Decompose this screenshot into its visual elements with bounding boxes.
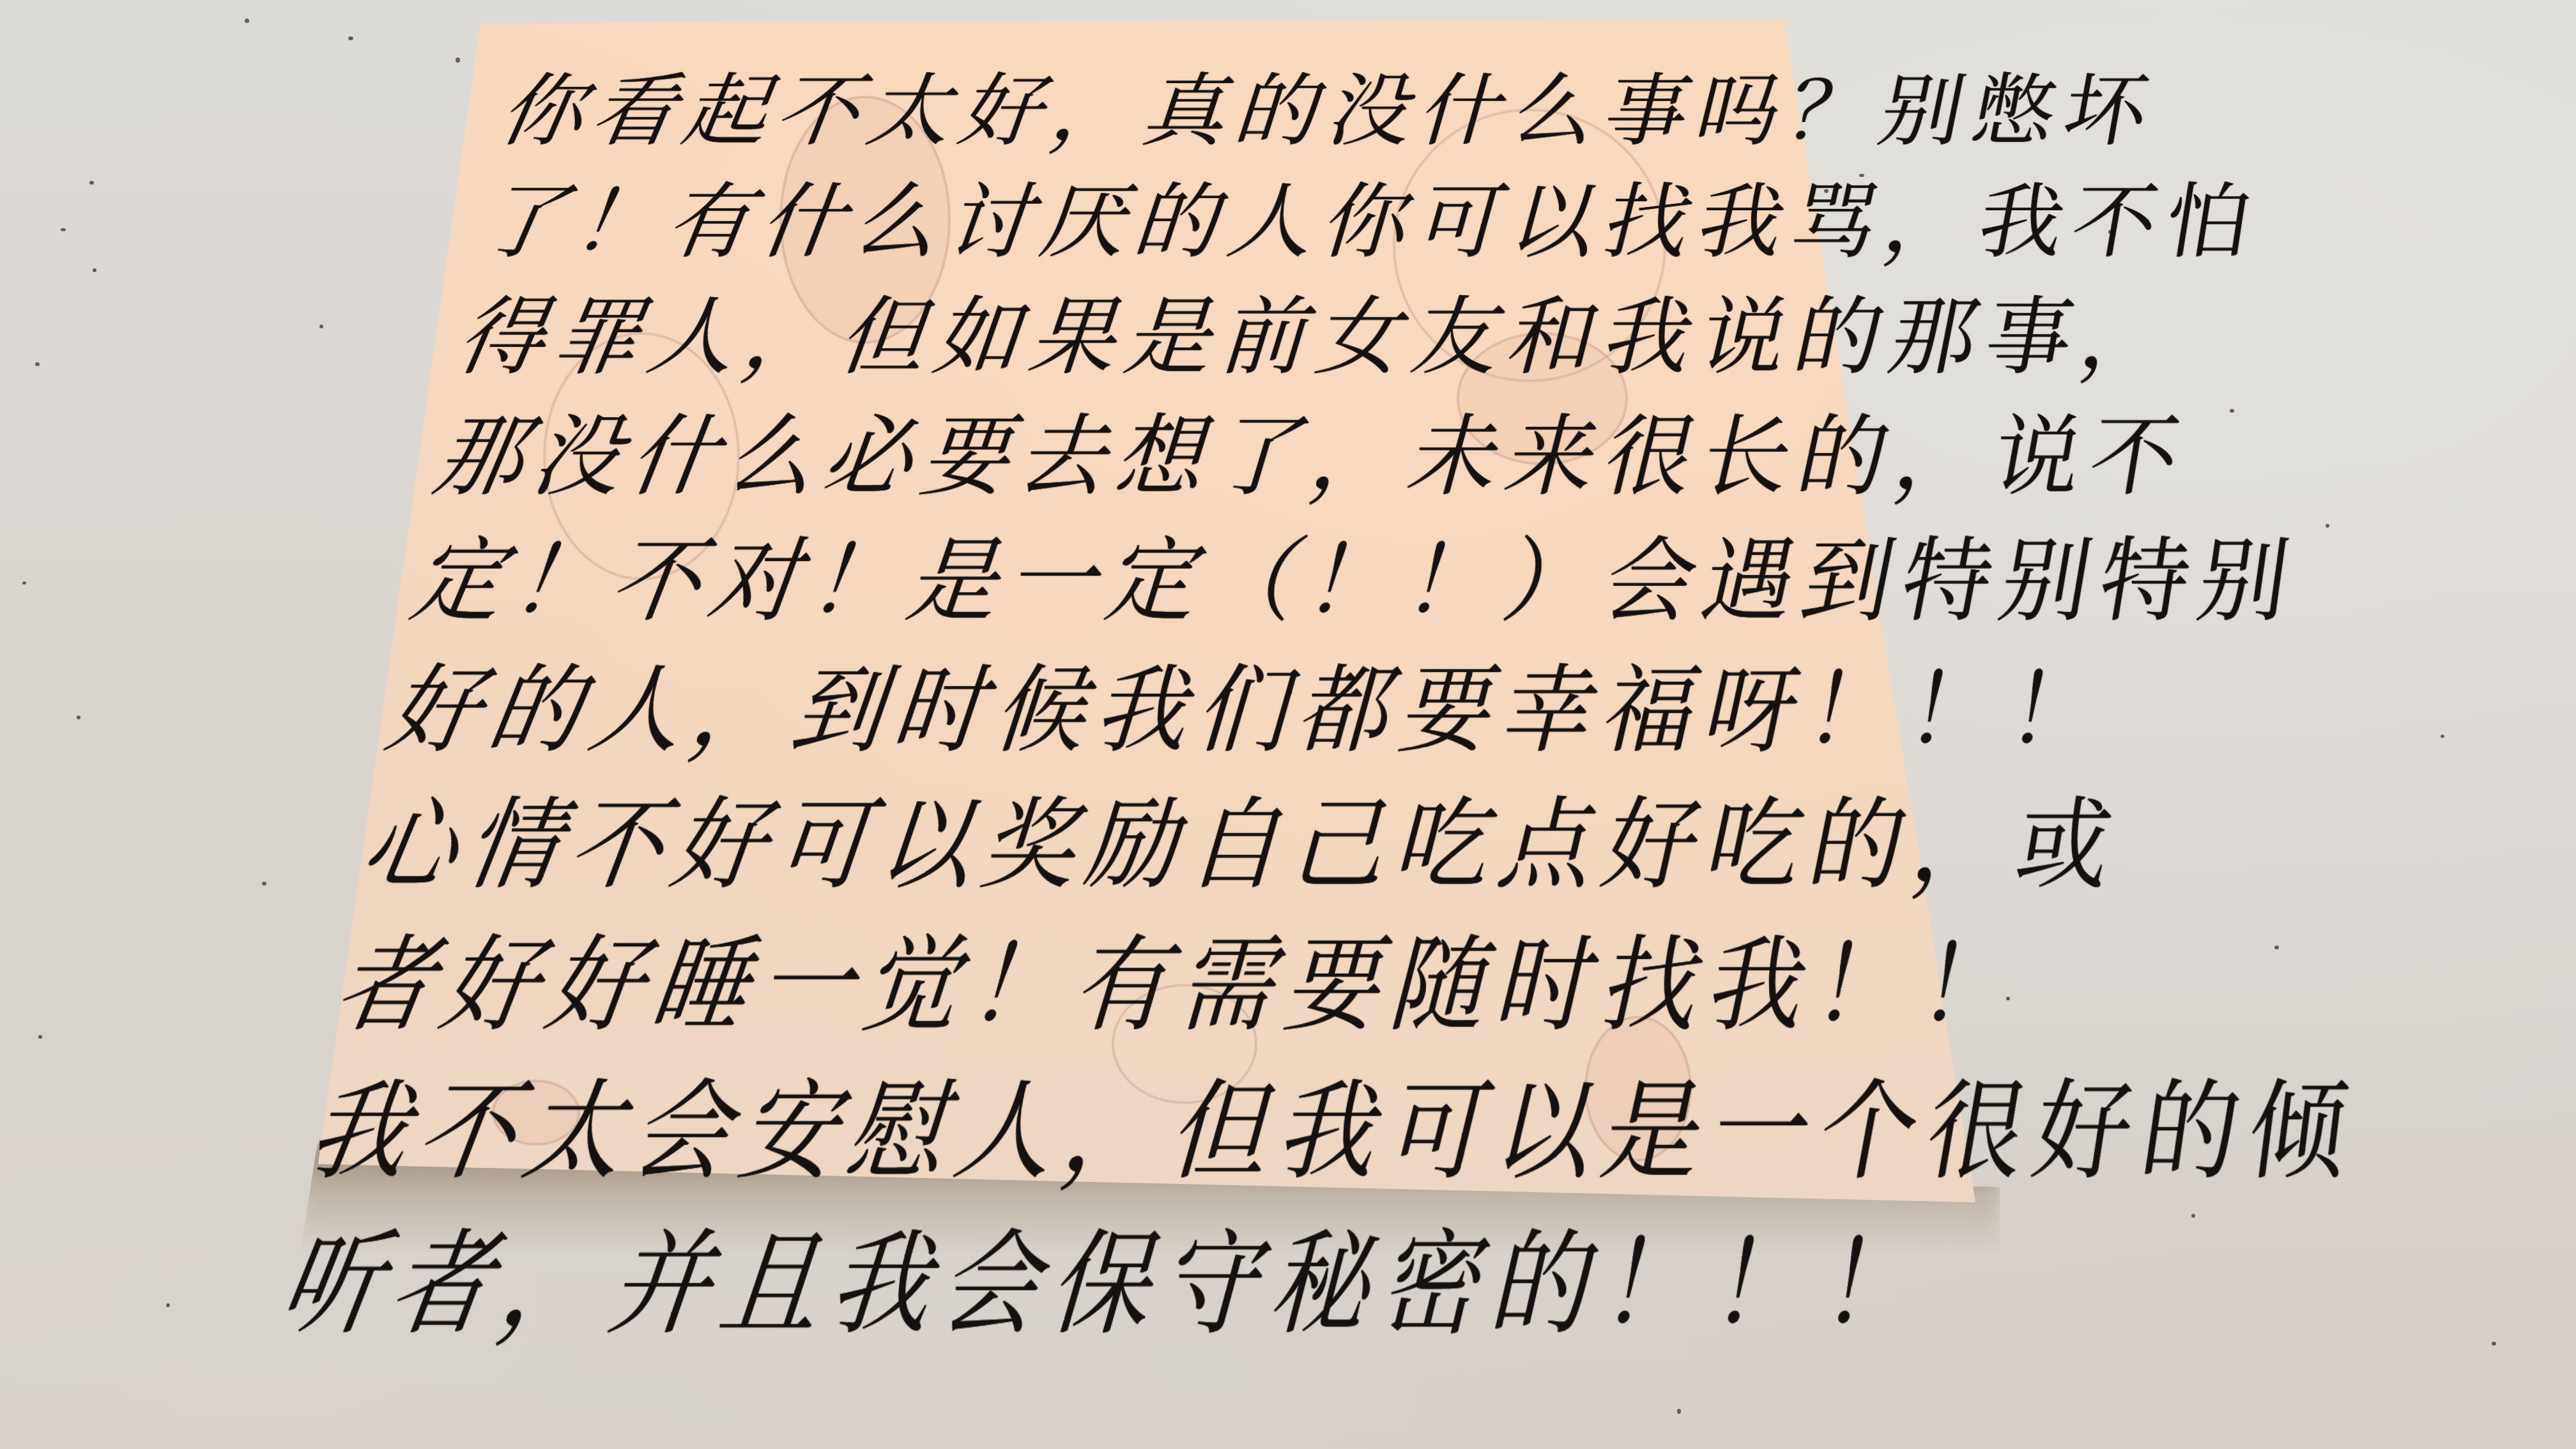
speck bbox=[1677, 1409, 1681, 1414]
speck bbox=[2492, 1342, 2496, 1345]
speck bbox=[93, 268, 96, 272]
speck bbox=[348, 36, 353, 40]
note-line: 得罪人，但如果是前女友和我说的那事， bbox=[448, 279, 1853, 397]
speck bbox=[89, 181, 94, 185]
note-line: 定！不对！是一定（！！）会遇到特别特别 bbox=[402, 519, 1863, 645]
speck bbox=[35, 362, 40, 366]
speck bbox=[2230, 409, 2234, 413]
speck bbox=[38, 1035, 42, 1039]
note-line: 了！有什么讨厌的人你可以找我骂，我不怕 bbox=[470, 166, 1848, 279]
note-line: 我不太会安慰人，但我可以是一个很好的倾 bbox=[297, 1058, 1885, 1207]
note-line: 者好好睡一觉！有需要随时找我！！ bbox=[325, 915, 1879, 1058]
speck bbox=[2326, 524, 2329, 528]
speck bbox=[77, 716, 80, 719]
speck bbox=[2274, 946, 2279, 949]
note-line: 那没什么必要去想了，未来很长的，说不 bbox=[425, 397, 1859, 519]
note-line: 好的人，到时候我们都要幸福呀！！！ bbox=[377, 645, 1868, 778]
speck bbox=[166, 1303, 170, 1307]
speck bbox=[2191, 1214, 2195, 1218]
speck bbox=[262, 882, 266, 885]
speck bbox=[456, 57, 460, 63]
handwritten-note: 你看起不太好，真的没什么事吗？别憋坏 了！有什么讨厌的人你可以找我骂，我不怕 得… bbox=[268, 57, 1891, 1364]
speck bbox=[61, 228, 66, 231]
note-line: 听者，并且我会保守秘密的！！！ bbox=[268, 1207, 1891, 1363]
speck bbox=[245, 19, 249, 23]
speck bbox=[22, 581, 26, 585]
note-line: 心情不好可以奖励自己吃点好吃的，或 bbox=[351, 778, 1873, 915]
note-line: 你看起不太好，真的没什么事吗？别憋坏 bbox=[491, 57, 1844, 166]
speck bbox=[2441, 735, 2444, 738]
speck bbox=[319, 325, 323, 328]
